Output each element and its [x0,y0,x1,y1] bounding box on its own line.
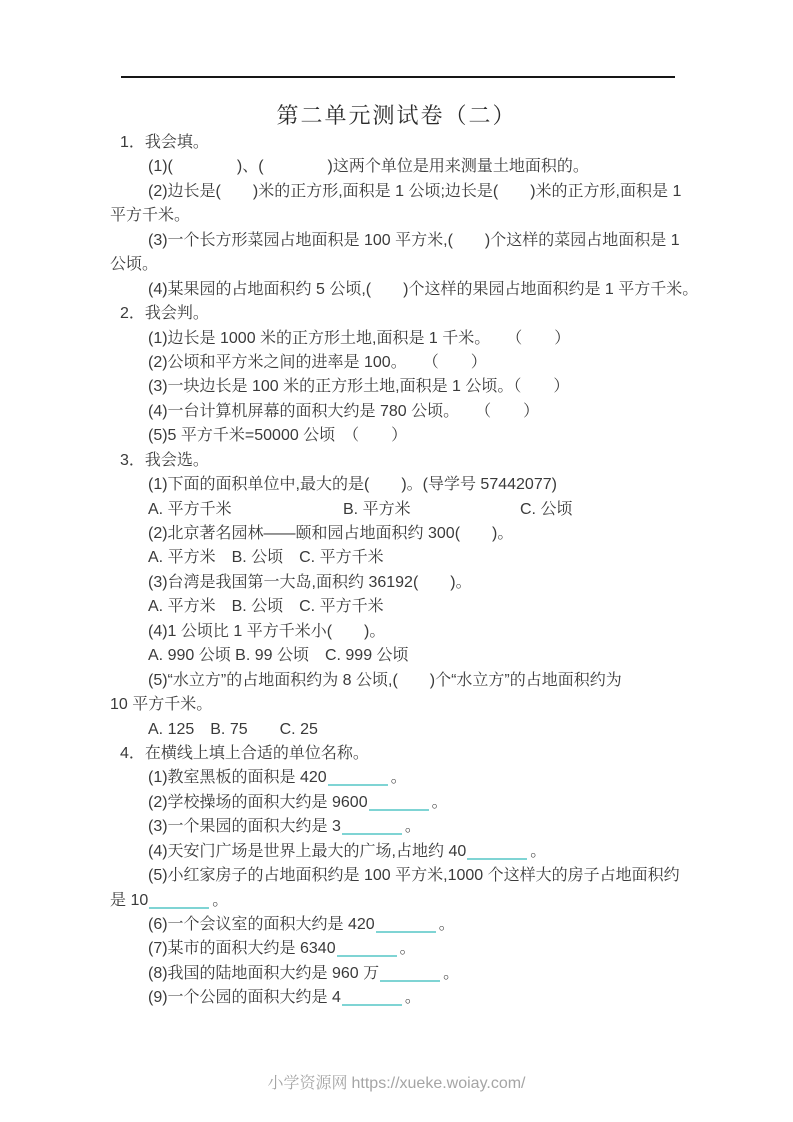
option-a: A. 平方千米 [148,498,232,522]
question-line: (2)边长是( )米的正方形,面积是 1 公顷;边长是( )米的正方形,面积是 … [0,180,793,204]
fill-text: 。 [432,794,448,811]
test-paper-page: 第二单元测试卷（二） 1．我会填。 (1)( )、( )这两个单位是用来测量土地… [0,0,793,1122]
fill-text: (8)我国的陆地面积大约是 960 万 [148,965,379,982]
fill-text: 。 [439,916,455,933]
fill-line: (9)一个公园的面积大约是 4。 [0,986,793,1010]
section-2-heading: 2．我会判。 [0,302,793,326]
fill-line: (7)某市的面积大约是 6340。 [0,937,793,961]
header-rule [121,76,675,78]
page-title: 第二单元测试卷（二） [0,99,793,130]
question-line: (2)北京著名园林——颐和园占地面积约 300( )。 [0,522,793,546]
question-line: (1)( )、( )这两个单位是用来测量土地面积的。 [0,155,793,179]
fill-text: (4)天安门广场是世界上最大的广场,占地约 40 [148,843,466,860]
option-row: A. 平方米 B. 公顷 C. 平方千米 [0,595,793,619]
judge-line: (5)5 平方千米=50000 公顷 （ ） [0,424,793,448]
answer-blank [369,791,429,811]
fill-text: 。 [530,843,546,860]
judge-line: (3)一块边长是 100 米的正方形土地,面积是 1 公顷。（ ） [0,375,793,399]
fill-line: (6)一个会议室的面积大约是 420。 [0,913,793,937]
fill-text: 。 [443,965,459,982]
footer-site-name: 小学资源网 [265,1075,349,1092]
answer-blank [342,815,402,835]
fill-line: (5)小红家房子的占地面积约是 100 平方米,1000 个这样大的房子占地面积… [0,864,793,888]
fill-line: (8)我国的陆地面积大约是 960 万。 [0,962,793,986]
section-4-heading: 4．在横线上填上合适的单位名称。 [0,742,793,766]
question-line-wrap: 10 平方千米。 [0,693,793,717]
judge-line: (4)一台计算机屏幕的面积大约是 780 公顷。 （ ） [0,400,793,424]
section-3-heading: 3．我会选。 [0,449,793,473]
option-b: B. 平方米 [343,498,411,522]
option-row: A. 125 B. 75 C. 25 [0,718,793,742]
fill-text: 。 [405,818,421,835]
answer-blank [328,766,388,786]
answer-blank [376,913,436,933]
answer-blank [342,986,402,1006]
section-1-heading: 1．我会填。 [0,131,793,155]
fill-line: (3)一个果园的面积大约是 3。 [0,815,793,839]
option-row: A. 990 公顷 B. 99 公顷 C. 999 公顷 [0,644,793,668]
fill-line-wrap: 是 10。 [0,889,793,913]
paper-body: 1．我会填。 (1)( )、( )这两个单位是用来测量土地面积的。 (2)边长是… [0,131,793,1011]
fill-line: (1)教室黑板的面积是 420。 [0,766,793,790]
question-line: (5)“水立方”的占地面积约为 8 公顷,( )个“水立方”的占地面积约为 [0,669,793,693]
answer-blank [337,937,397,957]
question-line: (4)某果园的占地面积约 5 公顷,( )个这样的果园占地面积约是 1 平方千米… [0,278,793,302]
fill-text: 。 [405,989,421,1006]
question-line: (3)一个长方形菜园占地面积是 100 平方米,( )个这样的菜园占地面积是 1 [0,229,793,253]
fill-text: 。 [391,769,407,786]
question-line-wrap: 平方千米。 [0,204,793,228]
fill-text: (7)某市的面积大约是 6340 [148,940,336,957]
option-row: A. 平方千米 B. 平方米 C. 公顷 [0,498,793,522]
fill-text: (3)一个果园的面积大约是 3 [148,818,341,835]
fill-line: (4)天安门广场是世界上最大的广场,占地约 40。 [0,840,793,864]
footer-url: https://xueke.woiay.com/ [350,1075,528,1092]
fill-text: (2)学校操场的面积大约是 9600 [148,794,368,811]
option-row: A. 平方米 B. 公顷 C. 平方千米 [0,546,793,570]
question-line-wrap: 公顷。 [0,253,793,277]
judge-line: (1)边长是 1000 米的正方形土地,面积是 1 千米。 （ ） [0,327,793,351]
judge-line: (2)公顷和平方米之间的进率是 100。 （ ） [0,351,793,375]
option-c: C. 公顷 [520,498,572,522]
fill-text: (6)一个会议室的面积大约是 420 [148,916,375,933]
fill-text: 。 [400,940,416,957]
answer-blank [149,889,209,909]
fill-line: (2)学校操场的面积大约是 9600。 [0,791,793,815]
footer: 小学资源网https://xueke.woiay.com/ [0,1070,793,1093]
question-line: (1)下面的面积单位中,最大的是( )。(导学号 57442077) [0,473,793,497]
fill-text: 。 [212,892,228,909]
question-line: (4)1 公顷比 1 平方千米小( )。 [0,620,793,644]
answer-blank [380,962,440,982]
answer-blank [467,840,527,860]
fill-text: (1)教室黑板的面积是 420 [148,769,327,786]
fill-text: 是 10 [110,892,148,909]
fill-text: (9)一个公园的面积大约是 4 [148,989,341,1006]
question-line: (3)台湾是我国第一大岛,面积约 36192( )。 [0,571,793,595]
